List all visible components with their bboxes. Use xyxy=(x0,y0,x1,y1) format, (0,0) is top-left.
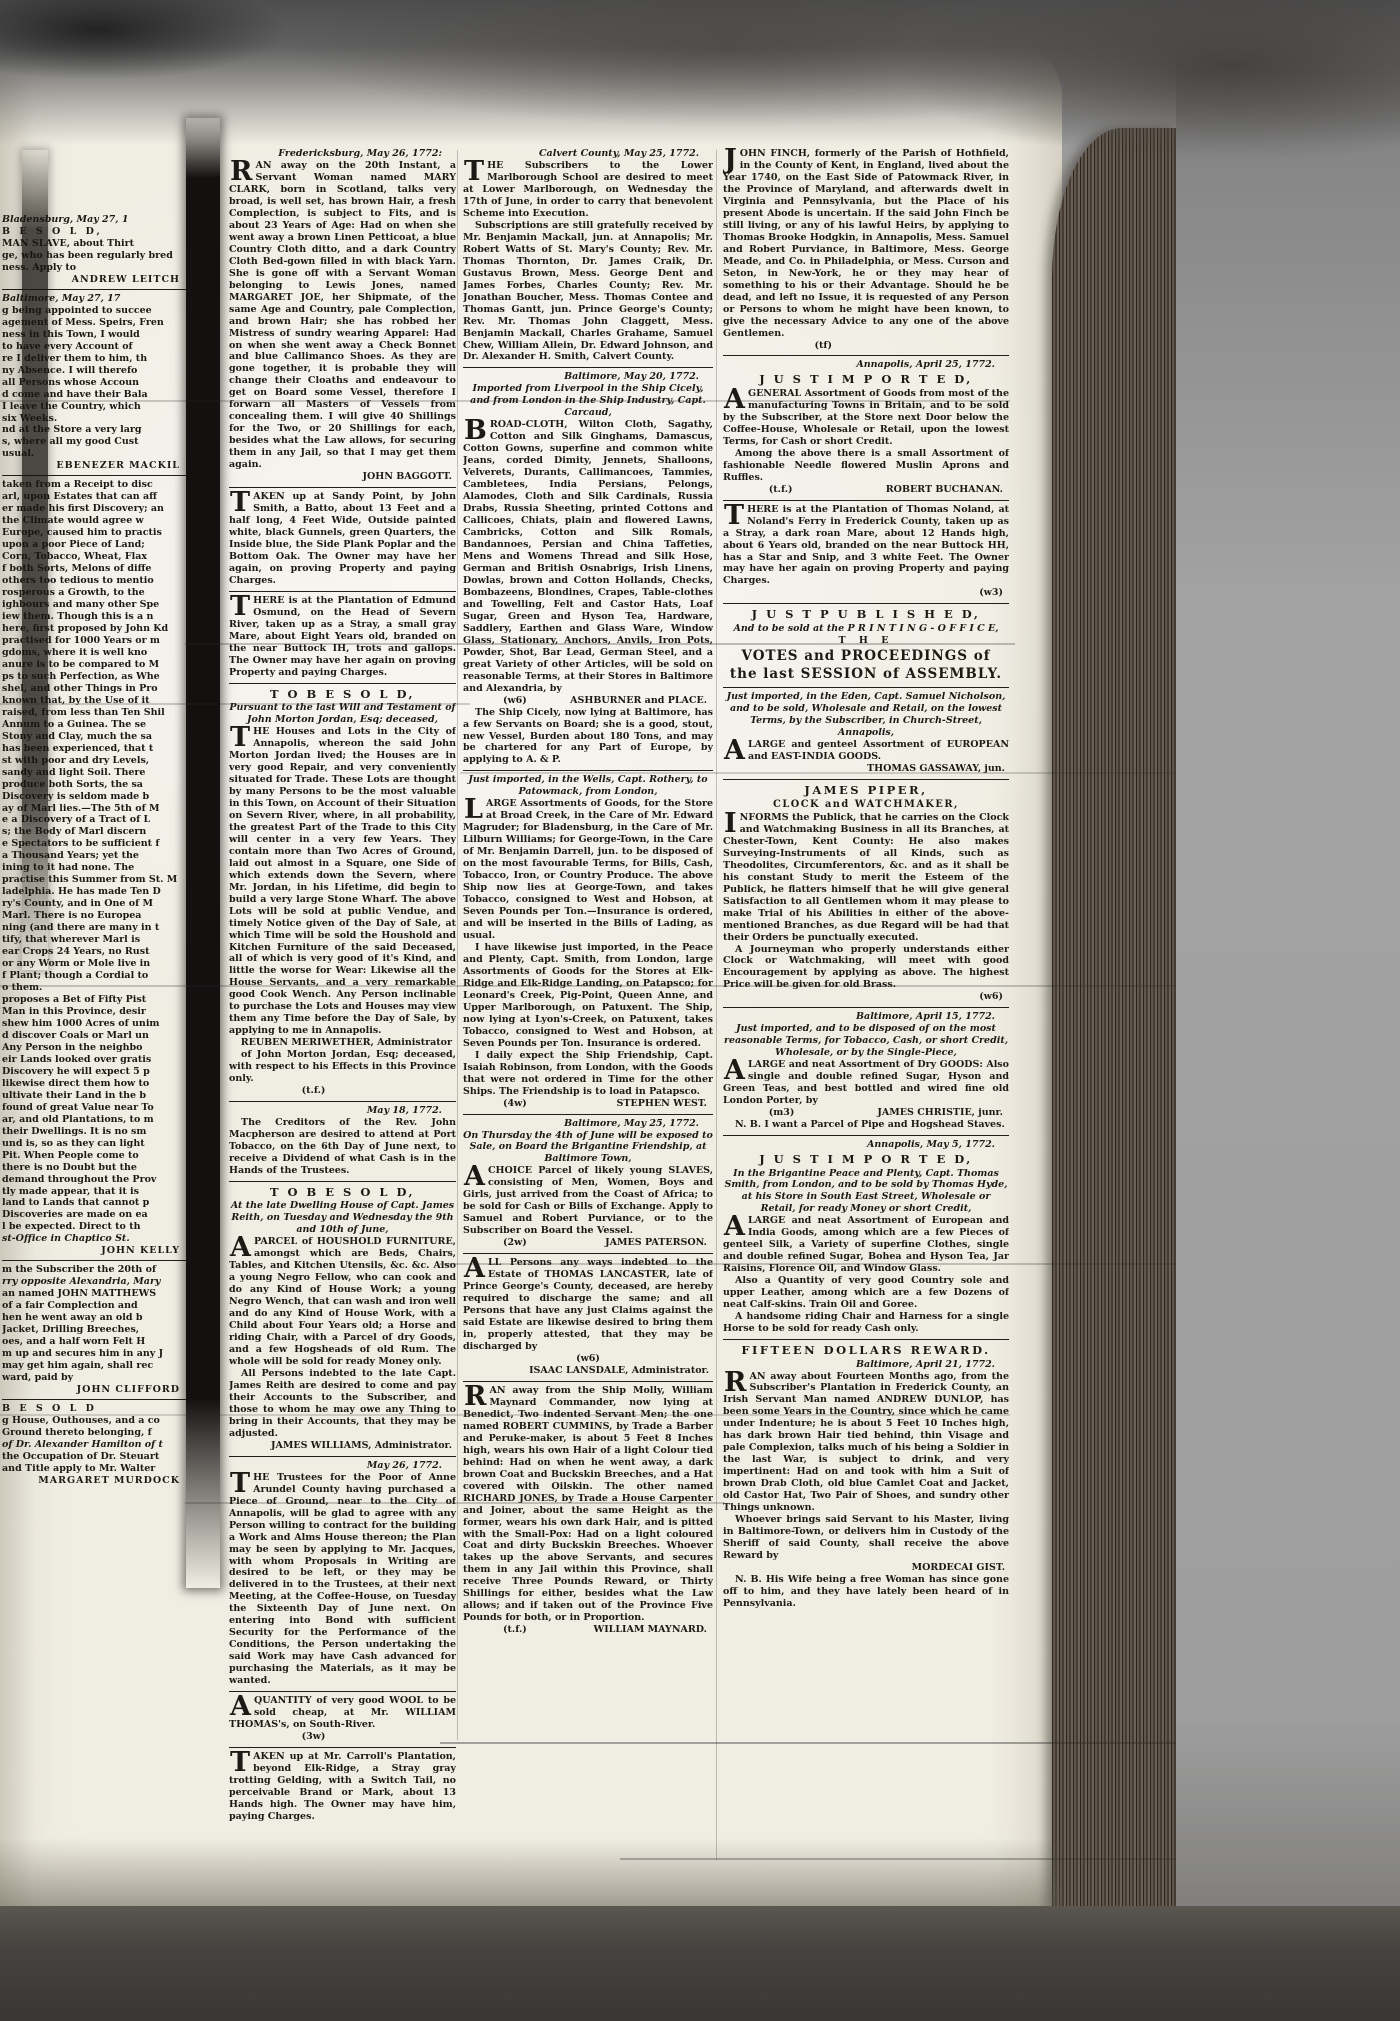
ad-body-text: AQUANTITY of very good WOOL to be sold c… xyxy=(229,1695,456,1731)
ad-subheading: Just imported, and to be disposed of on … xyxy=(723,1023,1009,1059)
text-fragment-line: o them. xyxy=(2,982,186,994)
ad-heading: JAMES PIPER, xyxy=(723,783,1009,797)
ad-dateline: Baltimore, May 25, 1772. xyxy=(463,1118,713,1130)
ad-dateline: Baltimore, April 21, 1772. xyxy=(723,1359,1009,1371)
drop-cap: T xyxy=(723,504,747,526)
scan-border-bottom xyxy=(0,1906,1400,2021)
ad-tag-signature-row: (w6)ASHBURNER and PLACE. xyxy=(463,695,713,707)
drop-cap: T xyxy=(229,491,253,513)
advertisement: T O B E S O L D,At the late Dwelling Hou… xyxy=(229,1185,456,1452)
ad-signature: JAMES PATERSON. xyxy=(605,1237,707,1249)
advertisement: Just imported, in the Eden, Capt. Samuel… xyxy=(723,691,1009,775)
ad-separator-rule xyxy=(463,367,713,368)
drop-cap: R xyxy=(463,1385,489,1407)
scan-artifact-line xyxy=(0,400,1010,402)
ad-separator-rule xyxy=(723,1007,1009,1008)
book-gutter-shadow-secondary xyxy=(22,150,48,970)
ad-separator-rule xyxy=(463,1114,713,1115)
ad-separator-rule xyxy=(229,1747,456,1748)
ad-tag-signature-row: (t.f.)WILLIAM MAYNARD. xyxy=(463,1624,713,1636)
ad-heading: FIFTEEN DOLLARS REWARD. xyxy=(723,1343,1009,1357)
text-fragment-line: ar, and old Plantations, to m xyxy=(2,1114,186,1126)
text-fragment-line: ultivate their Land in the b xyxy=(2,1090,186,1102)
text-fragment-line: may get him again, shall rec xyxy=(2,1360,186,1372)
ad-tag-signature-row: (t.f.)ROBERT BUCHANAN. xyxy=(723,484,1009,496)
ad-paragraph: All Persons indebted to the late Capt. J… xyxy=(229,1368,456,1440)
ad-body-text: ACHOICE Parcel of likely young SLAVES, c… xyxy=(463,1165,713,1237)
advertisement: THERE is at the Plantation of Thomas Nol… xyxy=(723,504,1009,600)
ad-paragraph: The Creditors of the Rev. John Macpherso… xyxy=(229,1117,456,1177)
ad-tag-signature-row: (w6) xyxy=(723,991,1009,1003)
text-fragment-line: Any Person in the neighbo xyxy=(2,1042,186,1054)
ad-separator-rule xyxy=(723,1339,1009,1340)
advertisement: May 26, 1772.THE Trustees for the Poor o… xyxy=(229,1460,456,1687)
ad-separator-rule xyxy=(229,1181,456,1182)
ad-signature: STEPHEN WEST. xyxy=(617,1098,707,1110)
scan-background-right xyxy=(1176,0,1400,2021)
ad-dateline: Baltimore, May 20, 1772. xyxy=(463,371,713,383)
scan-artifact-line xyxy=(185,643,1015,645)
scan-border-top xyxy=(0,0,1400,165)
ad-paragraph: Among the above there is a small Assortm… xyxy=(723,448,1009,484)
ad-body-text: TAKEN up at Mr. Carroll's Plantation, be… xyxy=(229,1751,456,1823)
ad-separator-rule xyxy=(463,1253,713,1254)
drop-cap: A xyxy=(723,1059,748,1081)
ad-tag-signature-row: (m3)JAMES CHRISTIE, junr. xyxy=(723,1107,1009,1119)
text-fragment-line: Man in this Province, desir xyxy=(2,1006,186,1018)
ad-separator-rule xyxy=(723,1135,1009,1136)
ad-body-text: THE Subscribers to the Lower Marlborough… xyxy=(463,160,713,220)
ad-heading: J U S T P U B L I S H E D, xyxy=(723,607,1009,621)
advertisement: Calvert County, May 25, 1772.THE Subscri… xyxy=(463,148,713,363)
ad-separator-rule xyxy=(229,683,456,684)
drop-cap: T xyxy=(229,726,253,748)
ad-signature: JOHN BAGGOTT. xyxy=(229,471,456,483)
text-fragment-line: Ground thereto belonging, f xyxy=(2,1427,186,1439)
advertisement: May 18, 1772.The Creditors of the Rev. J… xyxy=(229,1105,456,1177)
ad-body-text: ALARGE and neat Assortment of Dry GOODS:… xyxy=(723,1059,1009,1107)
text-fragment-line: g House, Outhouses, and a co xyxy=(2,1415,186,1427)
advertisement: J U S T P U B L I S H E D,And to be sold… xyxy=(723,607,1009,683)
ad-subheading: Just imported, in the Eden, Capt. Samuel… xyxy=(723,691,1009,739)
ad-separator-rule xyxy=(723,500,1009,501)
advertisement: TAKEN up at Mr. Carroll's Plantation, be… xyxy=(229,1751,456,1823)
ad-paragraph: Whoever brings said Servant to his Maste… xyxy=(723,1514,1009,1562)
ad-centered-text: T H E xyxy=(723,635,1009,647)
advertisement: Fredericksburg, May 26, 1772:RAN away on… xyxy=(229,148,456,483)
ad-tag: (3w) xyxy=(229,1731,456,1743)
text-fragment-line: likewise direct them how to xyxy=(2,1078,186,1090)
text-fragment-line: f Plant; though a Cordial to xyxy=(2,970,186,982)
ad-subheading: Just imported, in the Wells, Capt. Rothe… xyxy=(463,774,713,798)
newspaper-column-1: Fredericksburg, May 26, 1772:RAN away on… xyxy=(229,148,456,1910)
scan-artifact-line xyxy=(0,703,470,705)
text-fragment-line: of Dr. Alexander Hamilton of t xyxy=(2,1439,186,1451)
drop-cap: A xyxy=(229,1695,254,1717)
newspaper-column-3: JOHN FINCH, formerly of the Parish of Ho… xyxy=(723,148,1009,1910)
ad-body-text: ALARGE and neat Assortment of European a… xyxy=(723,1215,1009,1275)
ad-heading: T O B E S O L D, xyxy=(229,1185,456,1199)
fragment-rule xyxy=(2,1399,186,1400)
drop-cap: R xyxy=(723,1371,749,1393)
advertisement: RAN away from the Ship Molly, William Ma… xyxy=(463,1385,713,1636)
ad-paragraph: Subscriptions are still gratefully recei… xyxy=(463,220,713,364)
fragment-rule xyxy=(2,1260,186,1261)
text-fragment-line: an named JOHN MATTHEWS xyxy=(2,1288,186,1300)
ad-subheading: Pursuant to the last Will and Testament … xyxy=(229,702,456,726)
text-fragment-line: ward, paid by xyxy=(2,1372,186,1384)
text-fragment-line: Pit. When People come to xyxy=(2,1150,186,1162)
text-fragment-line: Discovery he will expect 5 p xyxy=(2,1066,186,1078)
ad-separator-rule xyxy=(723,687,1009,688)
ad-tag: (t.f.) xyxy=(229,1085,456,1097)
ad-dateline: May 18, 1772. xyxy=(229,1105,456,1117)
ad-body-text: INFORMS the Publick, that he carries on … xyxy=(723,812,1009,944)
column-rule xyxy=(716,150,717,1860)
text-fragment-line: JOHN KELLY xyxy=(2,1245,186,1257)
ad-tag-signature-row: (2w)JAMES PATERSON. xyxy=(463,1237,713,1249)
ad-signature: (w3) xyxy=(979,587,1003,599)
text-fragment-line: there is no Doubt but the xyxy=(2,1162,186,1174)
ad-heading: J U S T I M P O R T E D, xyxy=(723,1152,1009,1166)
ad-separator-rule xyxy=(229,1691,456,1692)
advertisement: Annapolis, April 25, 1772.J U S T I M P … xyxy=(723,359,1009,495)
ad-tag: (t.f.) xyxy=(769,484,793,496)
ad-paragraph: N. B. His Wife being a free Woman has si… xyxy=(723,1574,1009,1610)
scan-artifact-line xyxy=(440,1263,1176,1265)
ad-tag: (2w) xyxy=(503,1237,527,1249)
ad-body-text: RAN away about Fourteen Months ago, from… xyxy=(723,1371,1009,1515)
drop-cap: L xyxy=(463,798,486,820)
ad-body-text: BROAD-CLOTH, Wilton Cloth, Sagathy, Cott… xyxy=(463,419,713,694)
book-fore-edge xyxy=(1052,128,1176,1910)
scan-artifact-line xyxy=(185,1502,725,1504)
ad-dateline: Annapolis, May 5, 1772. xyxy=(723,1139,1009,1151)
ad-centered-text: (w6) xyxy=(463,1353,713,1365)
text-fragment-line: oes, and a half worn Felt H xyxy=(2,1336,186,1348)
ad-tag: (w6) xyxy=(503,695,527,707)
advertisement: AQUANTITY of very good WOOL to be sold c… xyxy=(229,1695,456,1743)
page-bottom-shadow xyxy=(0,1838,1062,1910)
drop-cap: A xyxy=(723,388,748,410)
ad-signature: WILLIAM MAYNARD. xyxy=(594,1624,707,1636)
text-fragment-line: st-Office in Chaptico St. xyxy=(2,1233,186,1245)
ad-tag: (tf) xyxy=(723,340,1009,352)
advertisement: Baltimore, May 20, 1772.Imported from Li… xyxy=(463,371,713,766)
ad-paragraph: A handsome riding Chair and Harness for … xyxy=(723,1311,1009,1335)
ad-body-text: RAN away on the 20th Instant, a Servant … xyxy=(229,160,456,471)
advertisement: ALL Persons any ways indebted to the Est… xyxy=(463,1257,713,1377)
ad-separator-rule xyxy=(229,1101,456,1102)
ad-signature: ASHBURNER and PLACE. xyxy=(570,695,707,707)
ad-signature: ROBERT BUCHANAN. xyxy=(886,484,1003,496)
ad-dateline: May 26, 1772. xyxy=(229,1460,456,1472)
ad-signature: JAMES CHRISTIE, junr. xyxy=(877,1107,1003,1119)
drop-cap: B xyxy=(463,419,490,441)
drop-cap: A xyxy=(723,739,748,761)
ad-body-text: JOHN FINCH, formerly of the Parish of Ho… xyxy=(723,148,1009,340)
drop-cap: T xyxy=(229,1751,253,1773)
ad-body-text: RAN away from the Ship Molly, William Ma… xyxy=(463,1385,713,1624)
ad-signature: (w6) xyxy=(979,991,1003,1003)
text-fragment-line: eir Lands looked over gratis xyxy=(2,1054,186,1066)
ad-centered-text: VOTES and PROCEEDINGS of xyxy=(723,647,1009,665)
ad-body-text: ALARGE and genteel Assortment of EUROPEA… xyxy=(723,739,1009,763)
ad-heading: J U S T I M P O R T E D, xyxy=(723,372,1009,386)
advertisement: JOHN FINCH, formerly of the Parish of Ho… xyxy=(723,148,1009,351)
scan-artifact-line xyxy=(460,772,1174,774)
drop-cap: A xyxy=(463,1165,488,1187)
text-fragment-line: proposes a Bet of Fifty Pist xyxy=(2,994,186,1006)
advertisement: T O B E S O L D,Pursuant to the last Wil… xyxy=(229,687,456,1097)
ad-tag-signature-row: (4w)STEPHEN WEST. xyxy=(463,1098,713,1110)
text-fragment-line: m up and secures him in any J xyxy=(2,1348,186,1360)
ad-signature: ISAAC LANSDALE, Administrator. xyxy=(463,1365,713,1377)
advertisement: JAMES PIPER,CLOCK and WATCHMAKER,INFORMS… xyxy=(723,783,1009,1003)
ad-separator-rule xyxy=(723,779,1009,780)
text-fragment-line: Discoveries are made on ea xyxy=(2,1209,186,1221)
ad-body-text: TAKEN up at Sandy Point, by John Smith, … xyxy=(229,491,456,587)
text-fragment-line: m the Subscriber the 20th of xyxy=(2,1264,186,1276)
ad-body-text: THERE is at the Plantation of Thomas Nol… xyxy=(723,504,1009,588)
drop-cap: T xyxy=(229,1472,253,1494)
text-fragment-line: JOHN CLIFFORD xyxy=(2,1384,186,1396)
text-fragment-line: l be expected. Direct to th xyxy=(2,1221,186,1233)
advertisement: Baltimore, May 25, 1772.On Thursday the … xyxy=(463,1118,713,1250)
ad-tag-signature-row: (w3) xyxy=(723,587,1009,599)
ad-subheading: And to be sold at the P R I N T I N G - … xyxy=(723,623,1009,635)
scan-artifact-line xyxy=(0,985,1176,987)
ad-body-text: ALL Persons any ways indebted to the Est… xyxy=(463,1257,713,1353)
text-fragment-line: and Title apply to Mr. Walter xyxy=(2,1463,186,1475)
ad-paragraph: I daily expect the Ship Friendship, Capt… xyxy=(463,1050,713,1098)
ad-body-text: THE Trustees for the Poor of Anne Arunde… xyxy=(229,1472,456,1687)
ad-paragraph: of John Morton Jordan, Esq; deceased, wi… xyxy=(229,1049,456,1085)
ad-tag: (4w) xyxy=(503,1098,527,1110)
ad-body-text: THERE is at the Plantation of Edmund Osm… xyxy=(229,595,456,679)
scan-artifact-line xyxy=(620,1858,1176,1860)
text-fragment-line: of a fair Complection and xyxy=(2,1300,186,1312)
book-gutter-shadow xyxy=(186,118,220,1588)
ad-separator-rule xyxy=(229,487,456,488)
ad-signature: MORDECAI GIST. xyxy=(723,1562,1009,1574)
ad-body-text: AGENERAL Assortment of Goods from most o… xyxy=(723,388,1009,448)
ad-subheading: In the Brigantine Peace and Plenty, Capt… xyxy=(723,1168,1009,1216)
text-fragment-line: demand throughout the Prov xyxy=(2,1174,186,1186)
text-fragment-line: land to Lands that cannot p xyxy=(2,1197,186,1209)
scan-artifact-line xyxy=(0,1414,1010,1416)
scan-artifact-line xyxy=(440,1742,1176,1744)
ad-separator-rule xyxy=(463,1381,713,1382)
ad-signature: JAMES WILLIAMS, Administrator. xyxy=(229,1440,456,1452)
ad-separator-rule xyxy=(229,1456,456,1457)
text-fragment-line: rry opposite Alexandria, Mary xyxy=(2,1276,186,1288)
ad-paragraph: The Ship Cicely, now lying at Baltimore,… xyxy=(463,707,713,767)
text-fragment-line: tly made appear, that it is xyxy=(2,1186,186,1198)
text-fragment-line: hen he went away an old b xyxy=(2,1312,186,1324)
ad-signature: REUBEN MERIWETHER, Administrator xyxy=(229,1037,456,1049)
ad-paragraph: I have likewise just imported, in the Pe… xyxy=(463,942,713,1050)
ad-centered-text: the last SESSION of ASSEMBLY. xyxy=(723,665,1009,683)
ad-heading: CLOCK and WATCHMAKER, xyxy=(723,799,1009,811)
ad-tag: (m3) xyxy=(769,1107,795,1119)
drop-cap: A xyxy=(229,1236,254,1258)
text-fragment-line: shew him 1000 Acres of unim xyxy=(2,1018,186,1030)
text-fragment-line: d discover Coals or Marl un xyxy=(2,1030,186,1042)
text-fragment-line: their Dwellings. It is no sm xyxy=(2,1126,186,1138)
ad-dateline: Baltimore, April 15, 1772. xyxy=(723,1011,1009,1023)
ad-separator-rule xyxy=(723,355,1009,356)
advertisement: Just imported, in the Wells, Capt. Rothe… xyxy=(463,774,713,1109)
advertisement: FIFTEEN DOLLARS REWARD.Baltimore, April … xyxy=(723,1343,1009,1610)
ad-body-text: APARCEL of HOUSHOLD FURNITURE, amongst w… xyxy=(229,1236,456,1368)
ad-body-text: LARGE Assortments of Goods, for the Stor… xyxy=(463,798,713,942)
advertisement: Baltimore, April 15, 1772.Just imported,… xyxy=(723,1011,1009,1131)
advertisement: THERE is at the Plantation of Edmund Osm… xyxy=(229,595,456,679)
ad-subheading: At the late Dwelling House of Capt. Jame… xyxy=(229,1200,456,1236)
ad-paragraph: Also a Quantity of very good Country sol… xyxy=(723,1275,1009,1311)
ad-dateline: Annapolis, April 25, 1772. xyxy=(723,359,1009,371)
ad-subheading: On Thursday the 4th of June will be expo… xyxy=(463,1130,713,1166)
newspaper-column-2: Calvert County, May 25, 1772.THE Subscri… xyxy=(463,148,713,1910)
text-fragment-line: found of great Value near To xyxy=(2,1102,186,1114)
text-fragment-line: und is, so as they can light xyxy=(2,1138,186,1150)
drop-cap: I xyxy=(723,812,740,834)
text-fragment-line: Jacket, Drilling Breeches, xyxy=(2,1324,186,1336)
advertisement: Annapolis, May 5, 1772.J U S T I M P O R… xyxy=(723,1139,1009,1335)
ad-separator-rule xyxy=(723,603,1009,604)
drop-cap: A xyxy=(463,1257,488,1279)
ad-heading: T O B E S O L D, xyxy=(229,687,456,701)
ad-paragraph: N. B. I want a Parcel of Pipe and Hogshe… xyxy=(723,1119,1009,1131)
scanned-newspaper-page: Bladensburg, May 27, 1B E S O L D,MAN SL… xyxy=(0,0,1400,2021)
text-fragment-line: MARGARET MURDOCK xyxy=(2,1475,186,1487)
advertisement: TAKEN up at Sandy Point, by John Smith, … xyxy=(229,491,456,587)
ad-body-text: THE Houses and Lots in the City of Annap… xyxy=(229,726,456,1037)
drop-cap: T xyxy=(229,595,253,617)
ad-tag: (t.f.) xyxy=(503,1624,527,1636)
text-fragment-line: the Occupation of Dr. Steuart xyxy=(2,1451,186,1463)
drop-cap: A xyxy=(723,1215,748,1237)
ad-separator-rule xyxy=(229,591,456,592)
